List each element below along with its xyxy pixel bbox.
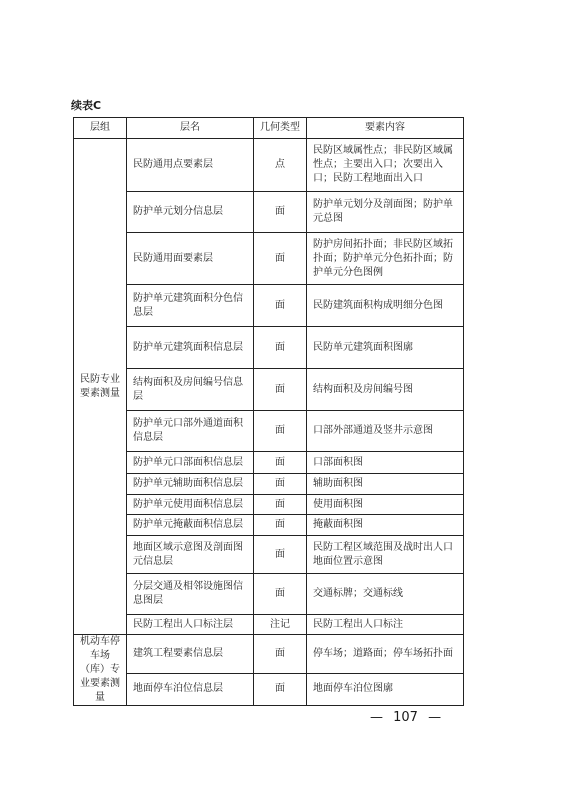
layer-name-cell: 地面停车泊位信息层 — [127, 673, 254, 705]
layer-name-cell: 防护单元辅助面积信息层 — [127, 474, 254, 495]
header-geometry-type: 几何类型 — [254, 118, 307, 139]
element-content-cell: 交通标牌；交通标线 — [307, 574, 464, 615]
geometry-type-cell: 面 — [254, 536, 307, 574]
geometry-type-cell: 面 — [254, 635, 307, 674]
table-row: 结构面积及房间编号信息层面结构面积及房间编号图 — [74, 369, 464, 411]
geometry-type-cell: 面 — [254, 233, 307, 285]
layer-name-cell: 民防通用面要素层 — [127, 233, 254, 285]
layer-group-cell: 民防专业要素测量 — [74, 139, 127, 635]
layer-group-cell: 机动车停车场（库）专业要素测量 — [74, 635, 127, 706]
element-content-cell: 民防建筑面积构成明细分色图 — [307, 285, 464, 327]
layer-name-cell: 防护单元口部面积信息层 — [127, 452, 254, 474]
table-row: 民防工程出人口标注层注记民防工程出人口标注 — [74, 615, 464, 635]
table-row: 防护单元辅助面积信息层面辅助面积图 — [74, 474, 464, 495]
geometry-type-cell: 面 — [254, 474, 307, 495]
layer-table: 层组 层名 几何类型 要素内容 民防专业要素测量民防通用点要素层点民防区域属性点… — [73, 117, 464, 706]
element-content-cell: 掩蔽面积图 — [307, 515, 464, 536]
element-content-cell: 口部外部通道及竖井示意图 — [307, 411, 464, 452]
element-content-cell: 停车场；道路面；停车场拓扑面 — [307, 635, 464, 674]
element-content-cell: 民防工程区域范围及战时出人口地面位置示意图 — [307, 536, 464, 574]
geometry-type-cell: 面 — [254, 327, 307, 369]
geometry-type-cell: 面 — [254, 192, 307, 233]
element-content-cell: 辅助面积图 — [307, 474, 464, 495]
table-row: 民防专业要素测量民防通用点要素层点民防区域属性点；非民防区域属性点；主要出入口；… — [74, 139, 464, 192]
geometry-type-cell: 面 — [254, 673, 307, 705]
layer-name-cell: 防护单元建筑面积信息层 — [127, 327, 254, 369]
geometry-type-cell: 面 — [254, 369, 307, 411]
geometry-type-cell: 面 — [254, 574, 307, 615]
table-row: 机动车停车场（库）专业要素测量建筑工程要素信息层面停车场；道路面；停车场拓扑面 — [74, 635, 464, 674]
geometry-type-cell: 面 — [254, 495, 307, 515]
element-content-cell: 口部面积图 — [307, 452, 464, 474]
table-header-row: 层组 层名 几何类型 要素内容 — [74, 118, 464, 139]
geometry-type-cell: 点 — [254, 139, 307, 192]
element-content-cell: 民防单元建筑面积图廓 — [307, 327, 464, 369]
table-row: 地面区域示意图及剖面图元信息层面民防工程区域范围及战时出人口地面位置示意图 — [74, 536, 464, 574]
table-row: 分层交通及相邻设施图信息图层面交通标牌；交通标线 — [74, 574, 464, 615]
layer-name-cell: 民防工程出人口标注层 — [127, 615, 254, 635]
table-row: 防护单元建筑面积分色信息层面民防建筑面积构成明细分色图 — [74, 285, 464, 327]
header-layer-group: 层组 — [74, 118, 127, 139]
element-content-cell: 防护单元划分及剖面图；防护单元总图 — [307, 192, 464, 233]
table-row: 防护单元口部面积信息层面口部面积图 — [74, 452, 464, 474]
layer-name-cell: 防护单元使用面积信息层 — [127, 495, 254, 515]
element-content-cell: 防护房间拓扑面；非民防区域拓扑面；防护单元分色拓扑面；防护单元分色图例 — [307, 233, 464, 285]
table-row: 防护单元使用面积信息层面使用面积图 — [74, 495, 464, 515]
table-row: 防护单元口部外通道面积信息层面口部外部通道及竖井示意图 — [74, 411, 464, 452]
page-number: — 107 — — [370, 710, 441, 725]
layer-name-cell: 防护单元掩蔽面积信息层 — [127, 515, 254, 536]
layer-name-cell: 防护单元划分信息层 — [127, 192, 254, 233]
table-row: 防护单元掩蔽面积信息层面掩蔽面积图 — [74, 515, 464, 536]
header-element-content: 要素内容 — [307, 118, 464, 139]
element-content-cell: 民防工程出人口标注 — [307, 615, 464, 635]
geometry-type-cell: 面 — [254, 515, 307, 536]
header-layer-name: 层名 — [127, 118, 254, 139]
geometry-type-cell: 面 — [254, 452, 307, 474]
layer-name-cell: 地面区域示意图及剖面图元信息层 — [127, 536, 254, 574]
layer-name-cell: 防护单元建筑面积分色信息层 — [127, 285, 254, 327]
table-row: 防护单元划分信息层面防护单元划分及剖面图；防护单元总图 — [74, 192, 464, 233]
layer-name-cell: 分层交通及相邻设施图信息图层 — [127, 574, 254, 615]
table-row: 防护单元建筑面积信息层面民防单元建筑面积图廓 — [74, 327, 464, 369]
table-row: 地面停车泊位信息层面地面停车泊位图廓 — [74, 673, 464, 705]
layer-name-cell: 结构面积及房间编号信息层 — [127, 369, 254, 411]
layer-name-cell: 建筑工程要素信息层 — [127, 635, 254, 674]
element-content-cell: 民防区域属性点；非民防区域属性点；主要出入口；次要出入口；民防工程地面出入口 — [307, 139, 464, 192]
table-row: 民防通用面要素层面防护房间拓扑面；非民防区域拓扑面；防护单元分色拓扑面；防护单元… — [74, 233, 464, 285]
table-caption: 续表C — [71, 97, 101, 113]
element-content-cell: 结构面积及房间编号图 — [307, 369, 464, 411]
element-content-cell: 使用面积图 — [307, 495, 464, 515]
geometry-type-cell: 面 — [254, 285, 307, 327]
geometry-type-cell: 注记 — [254, 615, 307, 635]
element-content-cell: 地面停车泊位图廓 — [307, 673, 464, 705]
layer-name-cell: 防护单元口部外通道面积信息层 — [127, 411, 254, 452]
geometry-type-cell: 面 — [254, 411, 307, 452]
layer-name-cell: 民防通用点要素层 — [127, 139, 254, 192]
